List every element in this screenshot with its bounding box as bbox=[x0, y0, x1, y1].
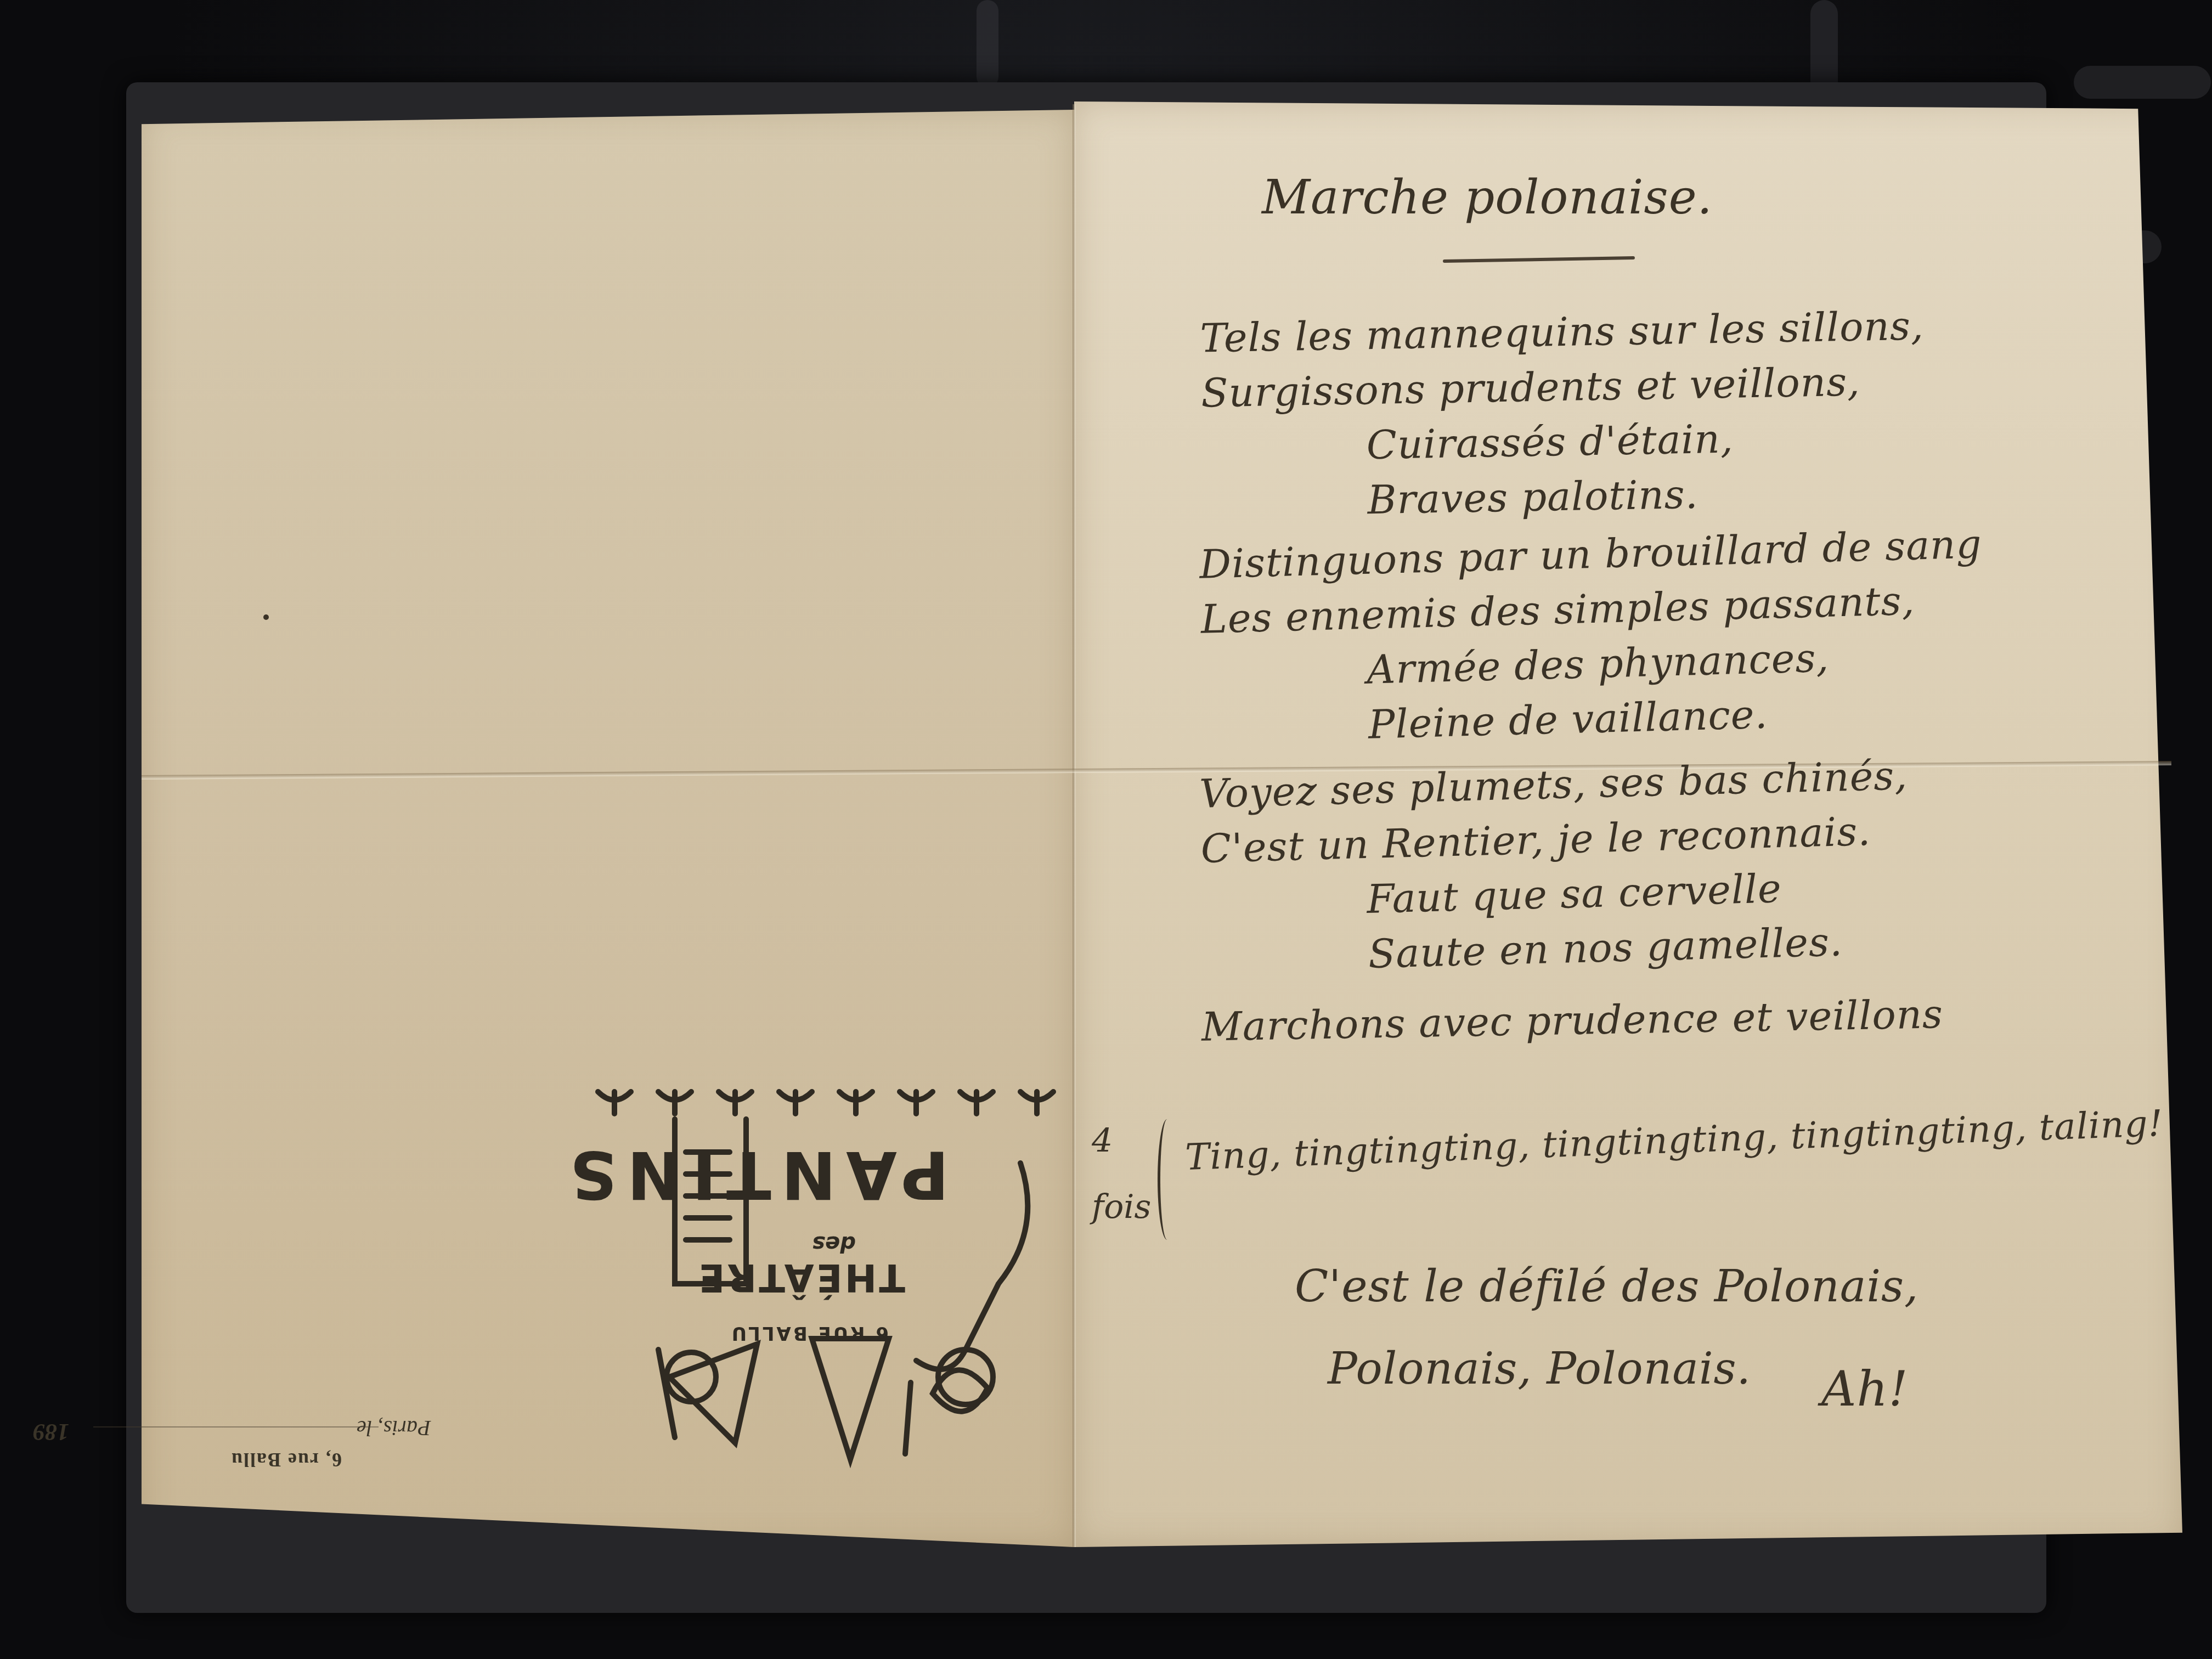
poem-title: Marche polonaise. bbox=[1262, 170, 1713, 225]
stamp-des: des bbox=[812, 1231, 856, 1256]
margin-note-word: fois bbox=[1092, 1174, 1151, 1240]
finale-line: C'est le défilé des Polonais, bbox=[1295, 1245, 1918, 1328]
printed-address: 6, rue Ballu bbox=[230, 1448, 342, 1471]
exclamation: Ah! bbox=[1821, 1361, 1909, 1417]
stamp-pantins: PANTINS bbox=[560, 1136, 949, 1212]
repeat-brace bbox=[1158, 1119, 1177, 1240]
stamp-theatre: THÉÂTRE bbox=[697, 1255, 905, 1300]
stanza-1: Tels les mannequins sur les sillons, Sur… bbox=[1200, 298, 1927, 531]
stamp-address: 6 RUE BALLU bbox=[730, 1322, 889, 1344]
glass-reflection bbox=[2074, 66, 2211, 99]
hook-row bbox=[598, 1092, 1053, 1114]
theatre-des-pantins-letterhead-stamp: 6 RUE BALLU THÉÂTRE des PANTINS bbox=[582, 1075, 1086, 1470]
ink-speck bbox=[263, 614, 269, 620]
printed-place-date: Paris, le bbox=[357, 1415, 431, 1441]
glass-reflection bbox=[977, 0, 998, 88]
printed-year-prefix: 189 bbox=[33, 1418, 69, 1446]
stanza-2: Distinguons par un brouillard de sang Le… bbox=[1199, 516, 1987, 756]
margin-note-number: 4 bbox=[1092, 1108, 1151, 1174]
printed-date-rule bbox=[93, 1426, 379, 1427]
stanza-3: Voyez ses plumets, ses bas chinés, C'est… bbox=[1199, 748, 1912, 986]
margin-note-repeat: 4 fois bbox=[1092, 1108, 1151, 1240]
